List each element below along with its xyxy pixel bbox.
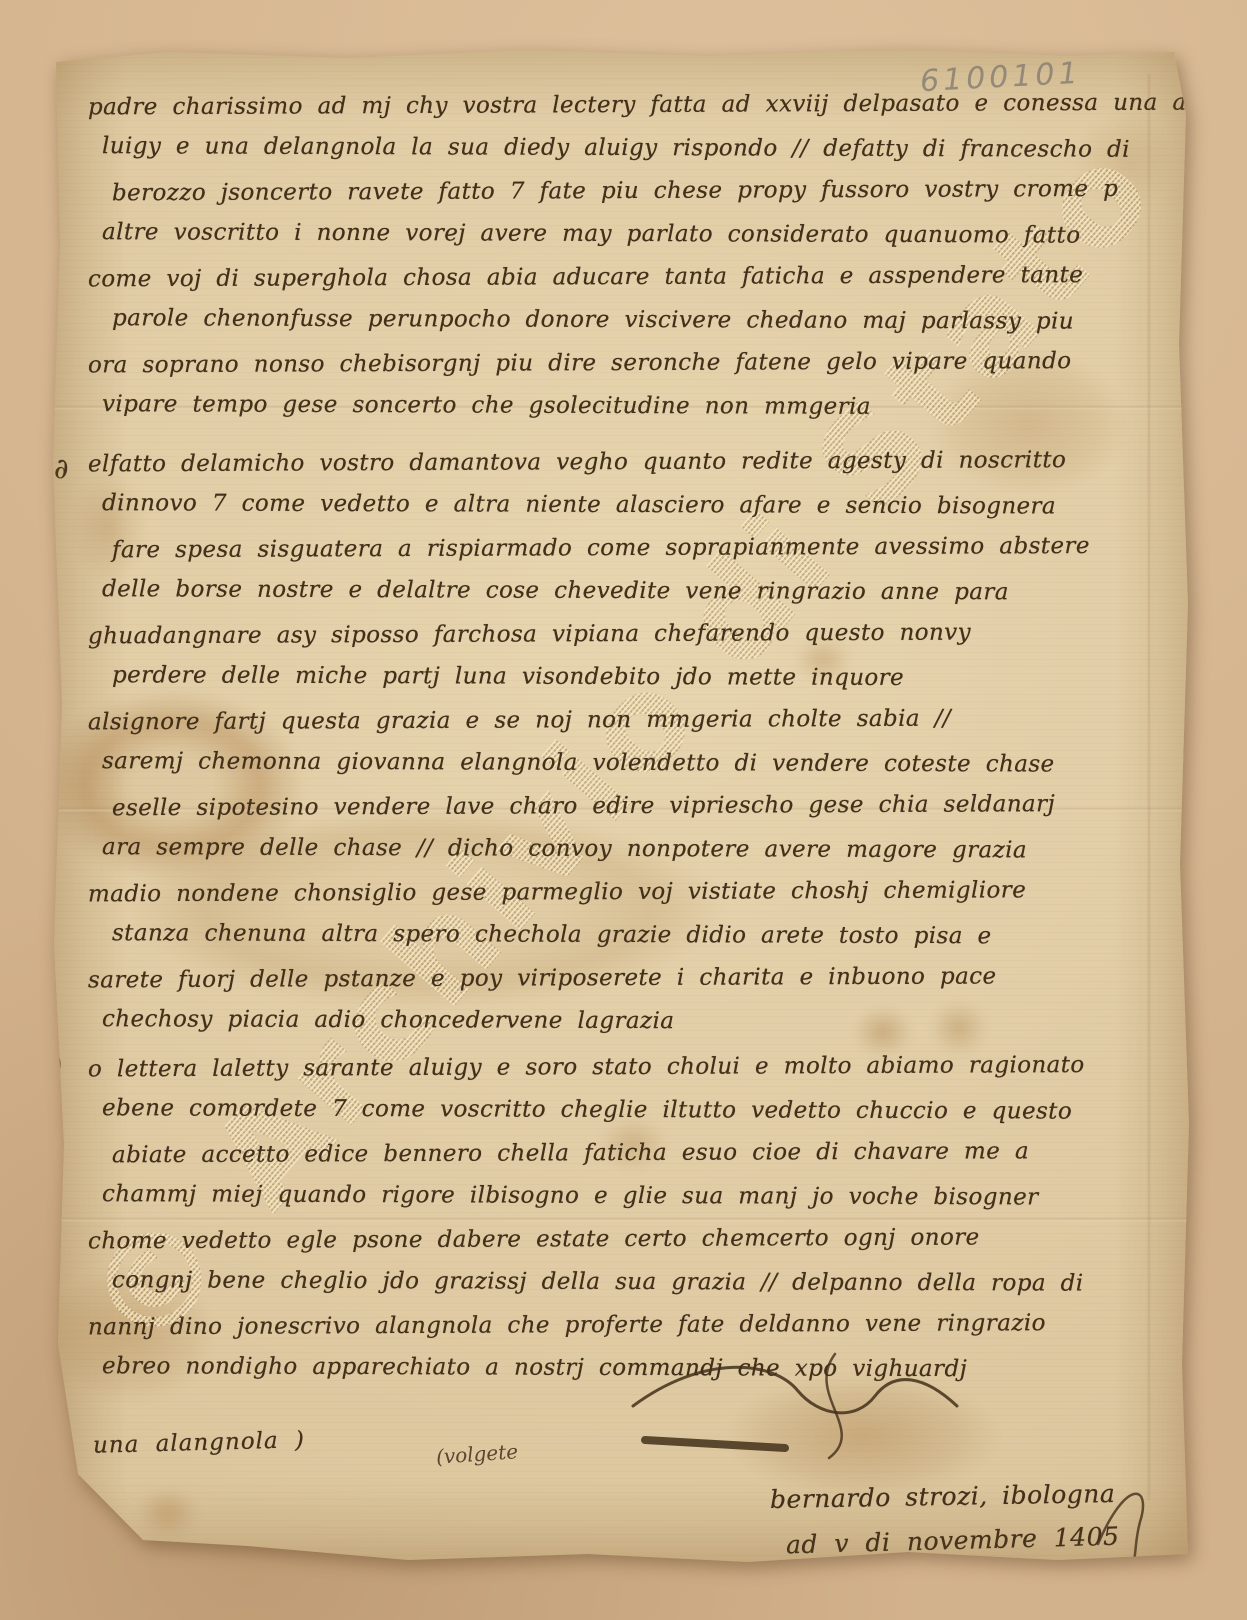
- manuscript-line: altre voscritto i nonne vorej avere may …: [88, 211, 1174, 258]
- manuscript-line: ebene comordete 7 come voscritto cheglie…: [88, 1087, 1174, 1134]
- manuscript-line: delle borse nostre e delaltre cose cheve…: [88, 568, 1174, 615]
- manuscript-line: vipare tempo gese soncerto che gsolecitu…: [88, 383, 1174, 430]
- manuscript-line: ara sempre delle chase // dicho convoy n…: [88, 826, 1174, 873]
- manuscript-line: saremj chemonna giovanna elangnola volen…: [88, 740, 1174, 787]
- manuscript-line: dinnovo 7 come vedetto e altra niente al…: [88, 482, 1174, 529]
- manuscript-line: nannj dino jonescrivo alangnola che prof…: [88, 1302, 1174, 1350]
- margin-mark: ): [46, 1044, 63, 1095]
- manuscript-photo: © Archivio di Stato 6100101 padre charis…: [48, 44, 1194, 1570]
- manuscript-line: stanza chenuna altra spero chechola graz…: [88, 912, 1174, 959]
- manuscript-line: ora soprano nonso chebisorgnj piu dire s…: [88, 340, 1174, 388]
- manuscript-line: parole chenonfusse perunpocho donore vis…: [88, 297, 1174, 344]
- margin-mark: ∂: [54, 452, 68, 485]
- manuscript-line: fare spesa sisguatera a rispiarmado come…: [88, 525, 1174, 573]
- paragraph-3: o lettera laletty sarante aluigy e soro …: [88, 1046, 1174, 1390]
- fold-note: (volgete: [435, 1439, 519, 1469]
- manuscript-line: abiate accetto edice bennero chella fati…: [88, 1130, 1174, 1178]
- manuscript-line: o lettera laletty sarante aluigy e soro …: [88, 1044, 1174, 1092]
- manuscript-line: eselle sipotesino vendere lave charo edi…: [88, 783, 1174, 831]
- signature: bernardo strozi, ibologna: [770, 1479, 1116, 1514]
- manuscript-line: elfatto delamicho vostro damantova vegho…: [88, 439, 1174, 487]
- manuscript-line: berozzo jsoncerto ravete fatto 7 fate pi…: [88, 168, 1174, 216]
- manuscript-line: sarete fuorj delle pstanze e poy viripos…: [88, 955, 1174, 1003]
- manuscript-line: madio nondene chonsiglio gese parmeglio …: [88, 869, 1174, 917]
- paragraph-1: padre charissimo ad mj chy vostra lecter…: [88, 84, 1174, 428]
- manuscript-line: congnj bene cheglio jdo grazissj della s…: [88, 1259, 1174, 1306]
- dateline: ad v di novembre 1405: [786, 1522, 1120, 1560]
- ink-stain: [132, 1482, 204, 1544]
- letter-page: © Archivio di Stato 6100101 padre charis…: [48, 44, 1194, 1570]
- manuscript-line: chome vedetto egle psone dabere estate c…: [88, 1216, 1174, 1264]
- manuscript-line: luigy e una delangnola la sua diedy alui…: [88, 125, 1174, 172]
- manuscript-line: alsignore fartj questa grazia e se noj n…: [88, 697, 1174, 745]
- manuscript-line: ghuadangnare asy siposso farchosa vipian…: [88, 611, 1174, 659]
- margin-mark: p: [48, 1382, 65, 1412]
- manuscript-line: chechosy piacia adio choncedervene lagra…: [88, 998, 1174, 1045]
- manuscript-line: ebreo nondigho apparechiato a nostrj com…: [88, 1345, 1174, 1392]
- manuscript-line: chammj miej quando rigore ilbisogno e gl…: [88, 1173, 1174, 1220]
- postscript-note: una alangnola ): [93, 1427, 306, 1459]
- manuscript-line: perdere delle miche partj luna visondebi…: [88, 654, 1174, 701]
- manuscript-line: come voj di superghola chosa abia aducar…: [88, 254, 1174, 302]
- paragraph-2: elfatto delamicho vostro damantova vegho…: [88, 441, 1174, 1043]
- manuscript-line: padre charissimo ad mj chy vostra lecter…: [88, 82, 1174, 130]
